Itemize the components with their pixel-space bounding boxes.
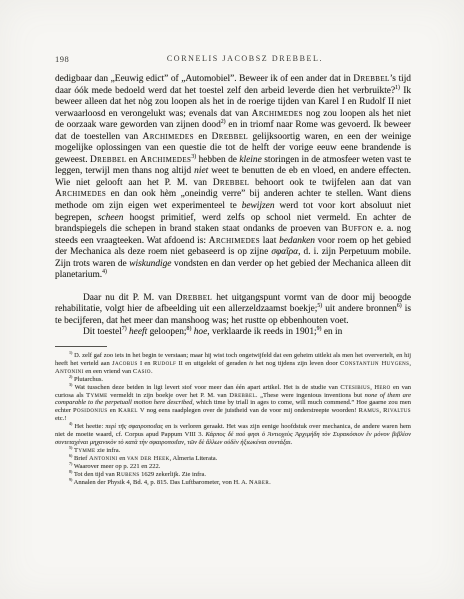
text-run: σφαῖρα <box>271 247 298 257</box>
text-run: περὶ τῆς σφαιροποιΐας <box>105 423 163 430</box>
text-run: Rivaltus <box>383 407 411 414</box>
text-run: Wat tusschen deze beiden in ligt levert … <box>72 384 340 391</box>
text-run: Drebbel <box>229 392 256 399</box>
footnote: 7) Waarover meer op p. 221 en 222. <box>55 463 411 471</box>
text-run: Rubens <box>116 471 139 478</box>
text-run: , verklaarde ik reeds in 1901; <box>207 327 316 337</box>
text-run: en <box>108 407 118 414</box>
text-run: I en <box>138 360 153 367</box>
text-run: 1629 zekerlijk. Zie infra. <box>140 471 206 478</box>
text-run: niet <box>194 166 208 176</box>
text-run: Drebbel <box>176 293 212 303</box>
text-run: Waarover meer op p. 221 en 222. <box>72 463 160 470</box>
text-run: Casio <box>133 368 151 375</box>
text-run: dedigbaar dan „Eeuwig edict” of „Automob… <box>55 74 353 84</box>
footnote: 6) Brief Antonini en van der Heek, Almer… <box>55 455 411 463</box>
text-run: bewijzen <box>242 201 275 211</box>
text-run: . <box>151 368 153 375</box>
text-run: en <box>118 455 127 462</box>
footnote: 5) Tymme zie infra. <box>55 447 411 455</box>
text-run: Drebbel <box>353 74 389 84</box>
text-run: laat <box>260 236 279 246</box>
footnote: 4) Het heette: περὶ τῆς σφαιροποιΐας en … <box>55 423 411 447</box>
text-run: Drebbel <box>90 155 126 165</box>
text-run: en <box>194 132 212 142</box>
text-run: Hero <box>374 384 390 391</box>
footnote: 1) D. zelf gaf zoo iets in het begin te … <box>55 352 411 376</box>
text-run: . „These were ingenious inventions but <box>256 392 365 399</box>
text-run: Drebbel <box>213 178 249 188</box>
text-run: en in <box>321 327 342 337</box>
page-header: 198 CORNELIS JACOBSZ DREBBEL. <box>55 53 411 67</box>
text-run: Archimedes <box>143 132 194 142</box>
text-run: Archimedes <box>209 236 260 246</box>
text-run: Rudolf <box>153 360 176 367</box>
text-run: en een vriend van <box>84 368 133 375</box>
text-run: Posidonius <box>73 407 108 414</box>
body-text: dedigbaar dan „Eeuwig edict” of „Automob… <box>55 74 411 339</box>
text-run: Karel <box>118 407 138 414</box>
text-run: wiskundige <box>129 259 171 269</box>
text-run: Dit toestel <box>83 327 122 337</box>
body-paragraph: Dit toestel7) heeft geloopen;8) hoe, ver… <box>55 327 411 339</box>
text-run: II en uitgelekt of geraden <box>176 360 249 367</box>
text-run: Tymme <box>74 447 96 454</box>
running-title: CORNELIS JACOBSZ DREBBEL. <box>79 54 411 63</box>
footnote-marker: 7) <box>122 326 127 332</box>
body-paragraph: dedigbaar dan „Eeuwig edict” of „Automob… <box>55 74 411 282</box>
page-number: 198 <box>55 54 69 64</box>
text-run: kleine <box>239 155 261 165</box>
footnote: 3) Wat tusschen deze beiden in ligt leve… <box>55 384 411 424</box>
text-run: vermeldt in zijn boekje over het P. M. v… <box>108 392 230 399</box>
text-run: Het heette: <box>72 423 105 430</box>
footnotes: 1) D. zelf gaf zoo iets in het begin te … <box>55 352 411 486</box>
text-run: Annalen der Physik 4, Bd. 4, p. 815. Das… <box>72 479 249 486</box>
text-run: scheen <box>98 213 124 223</box>
text-run: Jacobus <box>112 360 138 367</box>
text-run: Ramus <box>359 407 380 414</box>
text-run: Archimedes <box>252 109 303 119</box>
text-run: zie infra. <box>96 447 121 454</box>
text-run: . <box>269 479 271 486</box>
footnote: 9) Annalen der Physik 4, Bd. 4, p. 815. … <box>55 479 411 487</box>
text-run: Antonini <box>89 455 118 462</box>
text-run: Ctesibius <box>340 384 370 391</box>
text-run: heeft <box>129 327 147 337</box>
text-run: het nog tijdens zijn leven door <box>253 360 340 367</box>
text-run: Tot den tijd van <box>72 471 116 478</box>
text-run: etc.! <box>55 415 66 422</box>
text-run: en <box>126 155 140 165</box>
text-run: Constantijn Huygens <box>340 360 409 367</box>
text-run: Tymme <box>86 392 108 399</box>
text-run: Buffon <box>341 224 373 234</box>
text-run: bedanken <box>279 236 315 246</box>
text-run: Daar nu dit P. M. van <box>83 293 176 303</box>
text-run: Plutarchus. <box>72 376 103 383</box>
body-paragraph: Daar nu dit P. M. van Drebbel het uitgan… <box>55 293 411 328</box>
page-content: 198 CORNELIS JACOBSZ DREBBEL. dedigbaar … <box>55 53 411 486</box>
text-run: Naber <box>249 479 269 486</box>
footnote: 2) Plutarchus. <box>55 376 411 384</box>
text-run: uit andere bronnen <box>322 304 397 314</box>
text-run: Brief <box>72 455 89 462</box>
footnote: 8) Tot den tijd van Rubens 1629 zekerlij… <box>55 471 411 479</box>
text-run: Drebbel <box>212 132 248 142</box>
text-run: behoort ook te twijfelen aan dat van <box>249 178 411 188</box>
text-run: , Almeria Literata. <box>170 455 218 462</box>
scanned-book-page: 198 CORNELIS JACOBSZ DREBBEL. dedigbaar … <box>0 0 464 599</box>
text-run: , <box>409 360 411 367</box>
text-run: hoe <box>194 327 208 337</box>
text-run: Archimedes <box>55 189 106 199</box>
text-run: V nog eens raadplegen over de juistheid … <box>138 407 359 414</box>
text-run: hebben de <box>196 155 239 165</box>
text-run: van der Heek <box>127 455 170 462</box>
text-run: Archimedes <box>140 155 191 165</box>
footnote-separator-rule <box>55 346 107 347</box>
footnote-marker: 4) <box>102 269 107 275</box>
text-run: geloopen; <box>147 327 186 337</box>
